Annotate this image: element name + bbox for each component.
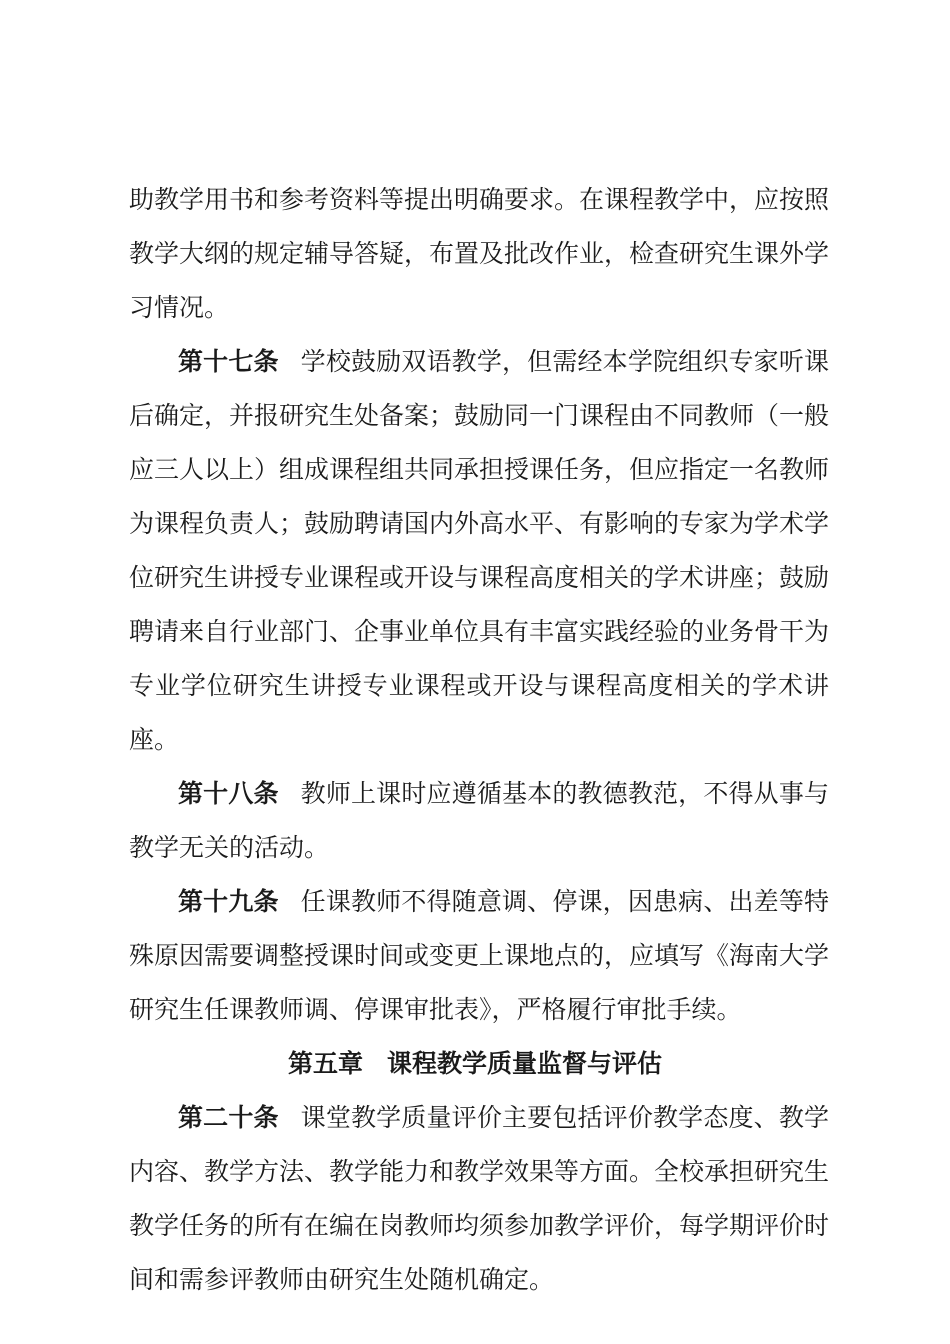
paragraph-line: 聘请来自行业部门、企事业单位具有丰富实践经验的业务骨干为 <box>129 614 829 650</box>
chapter-heading: 第五章课程教学质量监督与评估 <box>0 1046 950 1082</box>
paragraph-line: 专业学位研究生讲授专业课程或开设与课程高度相关的学术讲 <box>129 668 829 704</box>
chapter-number: 第五章 <box>288 1049 363 1078</box>
article-19-first-line: 第十九条任课教师不得随意调、停课，因患病、出差等特 <box>178 884 829 920</box>
paragraph-line: 座。 <box>129 722 829 758</box>
paragraph-line: 研究生任课教师调、停课审批表》，严格履行审批手续。 <box>129 992 829 1028</box>
article-label: 第十九条 <box>178 887 279 916</box>
paragraph-line: 后确定，并报研究生处备案；鼓励同一门课程由不同教师（一般 <box>129 398 829 434</box>
article-label: 第十八条 <box>178 779 279 808</box>
paragraph-line: 助教学用书和参考资料等提出明确要求。在课程教学中，应按照 <box>129 182 829 218</box>
chapter-title: 课程教学质量监督与评估 <box>387 1049 662 1078</box>
paragraph-line: 习情况。 <box>129 290 829 326</box>
article-17-first-line: 第十七条学校鼓励双语教学，但需经本学院组织专家听课 <box>178 344 829 380</box>
article-18-first-line: 第十八条教师上课时应遵循基本的教德教范，不得从事与 <box>178 776 829 812</box>
paragraph-line: 教学任务的所有在编在岗教师均须参加教学评价，每学期评价时 <box>129 1208 829 1244</box>
article-label: 第十七条 <box>178 347 279 376</box>
paragraph-line: 殊原因需要调整授课时间或变更上课地点的，应填写《海南大学 <box>129 938 829 974</box>
article-label: 第二十条 <box>178 1103 279 1132</box>
paragraph-line: 教学无关的活动。 <box>129 830 829 866</box>
paragraph-line: 内容、教学方法、教学能力和教学效果等方面。全校承担研究生 <box>129 1154 829 1190</box>
article-20-first-line: 第二十条课堂教学质量评价主要包括评价教学态度、教学 <box>178 1100 829 1136</box>
paragraph-line: 教学大纲的规定辅导答疑，布置及批改作业，检查研究生课外学 <box>129 236 829 272</box>
document-page: 助教学用书和参考资料等提出明确要求。在课程教学中，应按照 教学大纲的规定辅导答疑… <box>0 0 950 1344</box>
paragraph-line: 为课程负责人；鼓励聘请国内外高水平、有影响的专家为学术学 <box>129 506 829 542</box>
paragraph-line: 位研究生讲授专业课程或开设与课程高度相关的学术讲座；鼓励 <box>129 560 829 596</box>
paragraph-line: 间和需参评教师由研究生处随机确定。 <box>129 1262 829 1298</box>
paragraph-line: 应三人以上）组成课程组共同承担授课任务，但应指定一名教师 <box>129 452 829 488</box>
